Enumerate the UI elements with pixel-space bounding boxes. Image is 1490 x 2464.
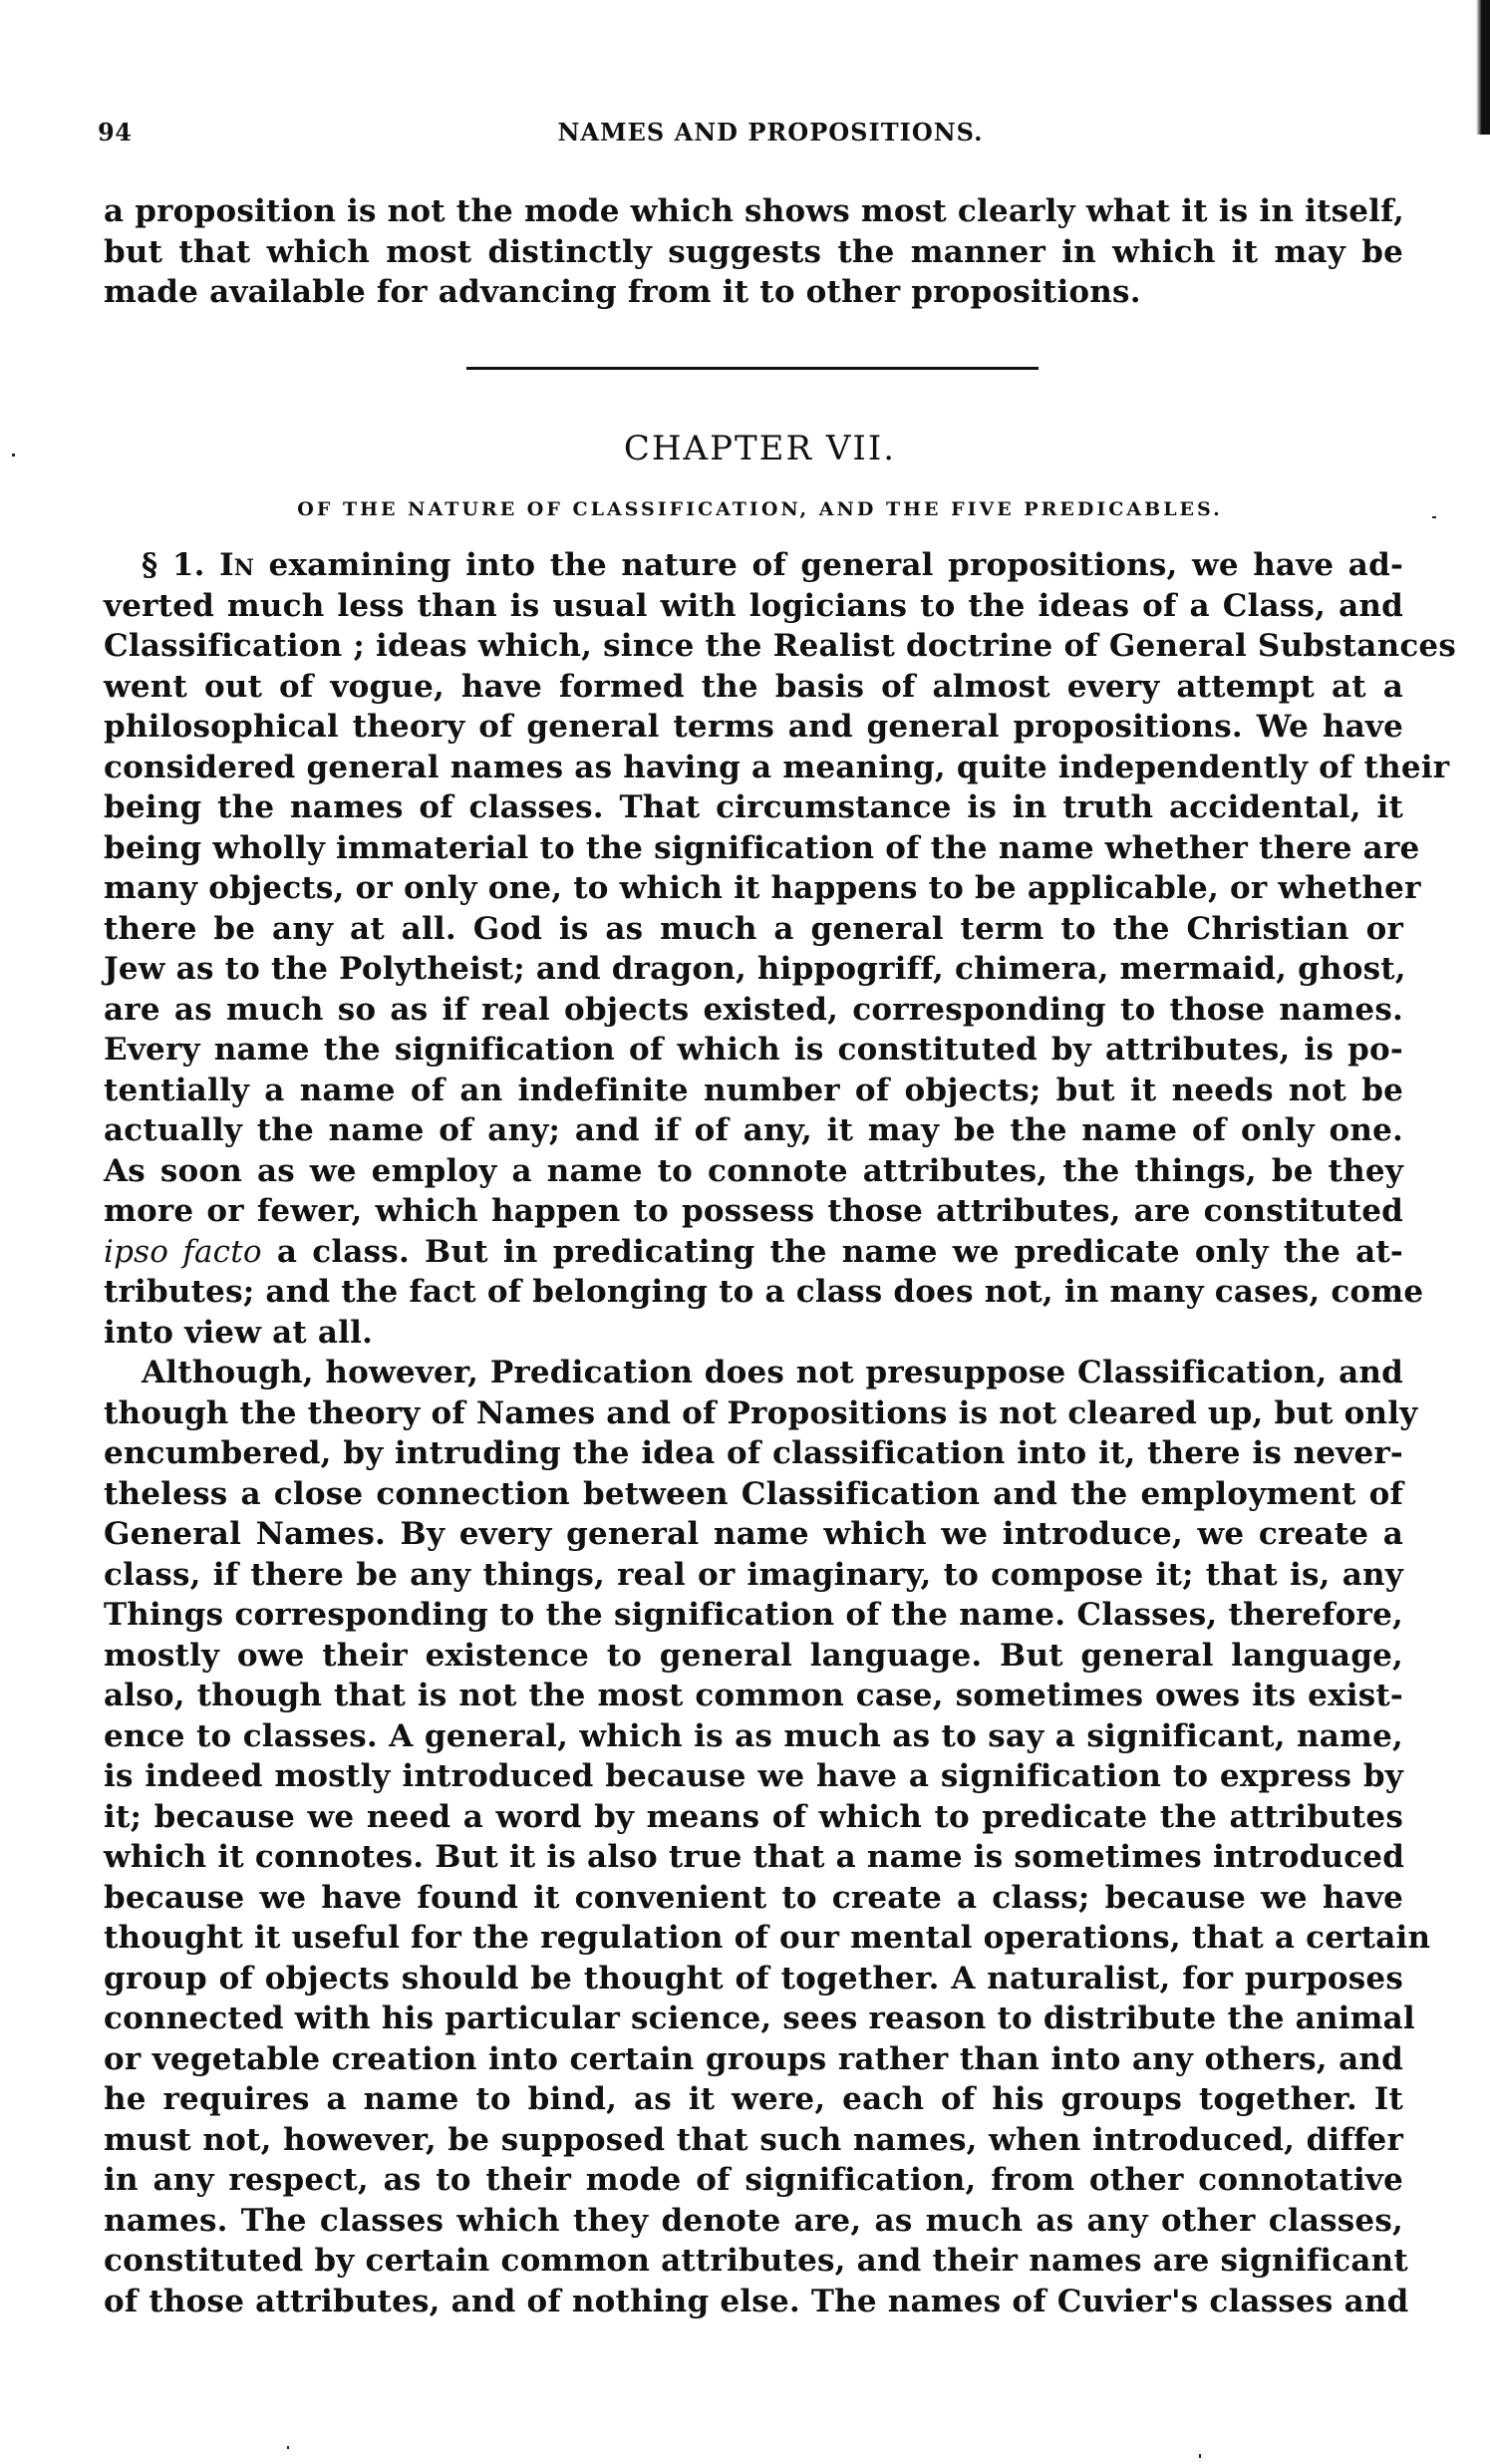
text-line: a proposition is not the mode which show…: [104, 191, 1403, 232]
text-line: verted much less than is usual with logi…: [104, 586, 1403, 627]
text-line: Every name the signification of which is…: [104, 1030, 1403, 1071]
text-line: there be any at all. God is as much a ge…: [104, 909, 1403, 950]
text-fragment: examining into the nature of general pro…: [269, 547, 1403, 583]
text-line: went out of vogue, have formed the basis…: [104, 667, 1403, 708]
text-line: are as much so as if real objects existe…: [104, 990, 1403, 1031]
text-line: many objects, or only one, to which it h…: [104, 868, 1403, 909]
running-head: 94 NAMES AND PROPOSITIONS.: [98, 118, 1403, 152]
text-line: made available for advancing from it to …: [104, 272, 1403, 313]
text-line: tentially a name of an indefinite number…: [104, 1071, 1403, 1111]
text-line: into view at all.: [104, 1313, 1403, 1354]
text-line: group of objects should be thought of to…: [104, 1959, 1403, 2000]
section-divider-rule: [466, 367, 1039, 370]
text-line: Although, however, Predication does not …: [104, 1353, 1403, 1393]
text-line: connected with his particular science, s…: [104, 1999, 1403, 2039]
text-line: in any respect, as to their mode of sign…: [104, 2160, 1403, 2201]
text-line: more or fewer, which happen to possess t…: [104, 1191, 1403, 1232]
text-line: or vegetable creation into certain group…: [104, 2039, 1403, 2080]
section-marker: § 1.: [142, 547, 205, 583]
chapter-body: § 1. In examining into the nature of gen…: [104, 545, 1403, 2321]
italic-line: ipso facto a class. But in predicating t…: [104, 1232, 1403, 1273]
text-line: but that which most distinctly suggests …: [104, 232, 1403, 273]
text-line: thought it useful for the regulation of …: [104, 1918, 1403, 1959]
text-line: which it connotes. But it is also true t…: [104, 1837, 1403, 1878]
text-line: names. The classes which they denote are…: [104, 2201, 1403, 2242]
text-line: it; because we need a word by means of w…: [104, 1797, 1403, 1838]
text-line: of those attributes, and of nothing else…: [104, 2282, 1403, 2322]
text-line: though the theory of Names and of Propos…: [104, 1393, 1403, 1434]
italic-phrase: ipso facto: [104, 1234, 262, 1270]
text-line: must not, however, be supposed that such…: [104, 2120, 1403, 2161]
text-fragment: a class. But in predicating the name we …: [277, 1234, 1403, 1270]
text-line: he requires a name to bind, as it were, …: [104, 2079, 1403, 2120]
text-line: also, though that is not the most common…: [104, 1676, 1403, 1716]
text-line: Jew as to the Polytheist; and dragon, hi…: [104, 949, 1403, 990]
text-line: being wholly immaterial to the significa…: [104, 828, 1403, 869]
text-line: class, if there be any things, real or i…: [104, 1555, 1403, 1596]
text-line: Classification ; ideas which, since the …: [104, 626, 1403, 667]
text-line: General Names. By every general name whi…: [104, 1514, 1403, 1555]
text-line: because we have found it convenient to c…: [104, 1878, 1403, 1919]
text-line: As soon as we employ a name to connote a…: [104, 1151, 1403, 1192]
text-line: mostly owe their existence to general la…: [104, 1636, 1403, 1677]
text-line: being the names of classes. That circums…: [104, 787, 1403, 828]
text-line: Things corresponding to the significatio…: [104, 1595, 1403, 1636]
text-line: considered general names as having a mea…: [104, 748, 1403, 788]
chapter-heading: CHAPTER VII.: [0, 429, 1490, 468]
text-line: tributes; and the fact of belonging to a…: [104, 1272, 1403, 1313]
scan-speck: [287, 2446, 289, 2449]
text-line: constituted by certain common attributes…: [104, 2241, 1403, 2282]
lead-word: In: [219, 547, 254, 583]
text-line: encumbered, by intruding the idea of cla…: [104, 1433, 1403, 1474]
chapter-subtitle: OF THE NATURE OF CLASSIFICATION, AND THE…: [0, 498, 1490, 520]
text-line: philosophical theory of general terms an…: [104, 707, 1403, 748]
text-line: is indeed mostly introduced because we h…: [104, 1756, 1403, 1797]
section-1-first-line: § 1. In examining into the nature of gen…: [104, 545, 1403, 586]
text-line: theless a close connection between Class…: [104, 1474, 1403, 1515]
running-title: NAMES AND PROPOSITIONS.: [98, 118, 1403, 147]
text-line: actually the name of any; and if of any,…: [104, 1110, 1403, 1151]
continuation-paragraph: a proposition is not the mode which show…: [104, 191, 1403, 313]
binding-edge-mark: [1476, 0, 1490, 135]
scan-speck: [1199, 2454, 1201, 2458]
text-line: ence to classes. A general, which is as …: [104, 1716, 1403, 1757]
